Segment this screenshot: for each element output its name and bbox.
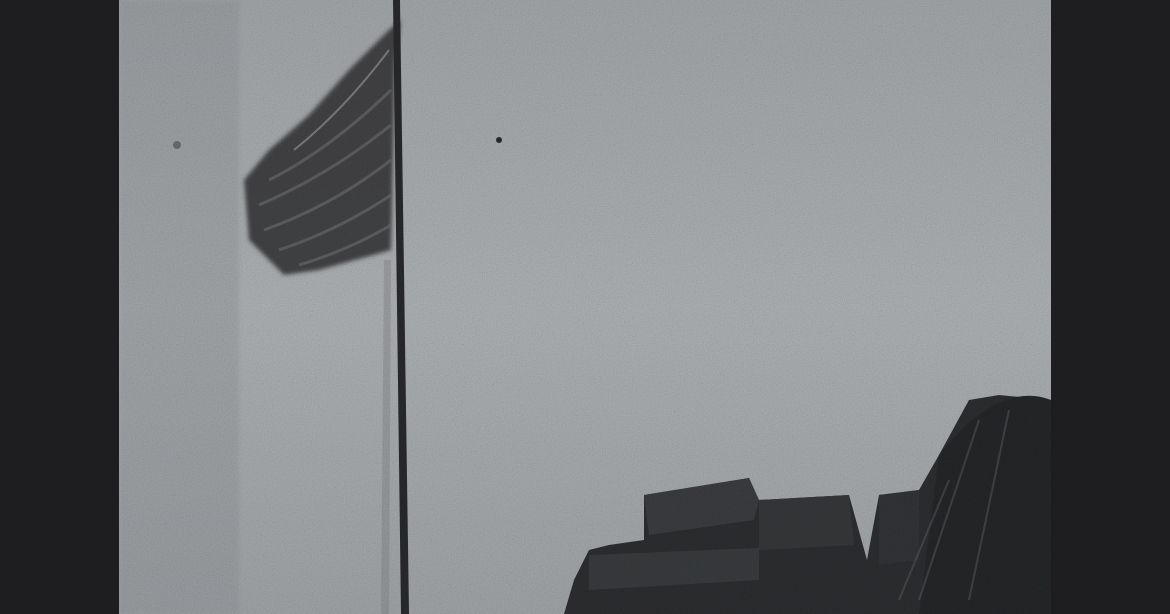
photograph: Grainy black-and-white archival photogra… bbox=[119, 0, 1051, 614]
flag-scene bbox=[119, 0, 1051, 614]
